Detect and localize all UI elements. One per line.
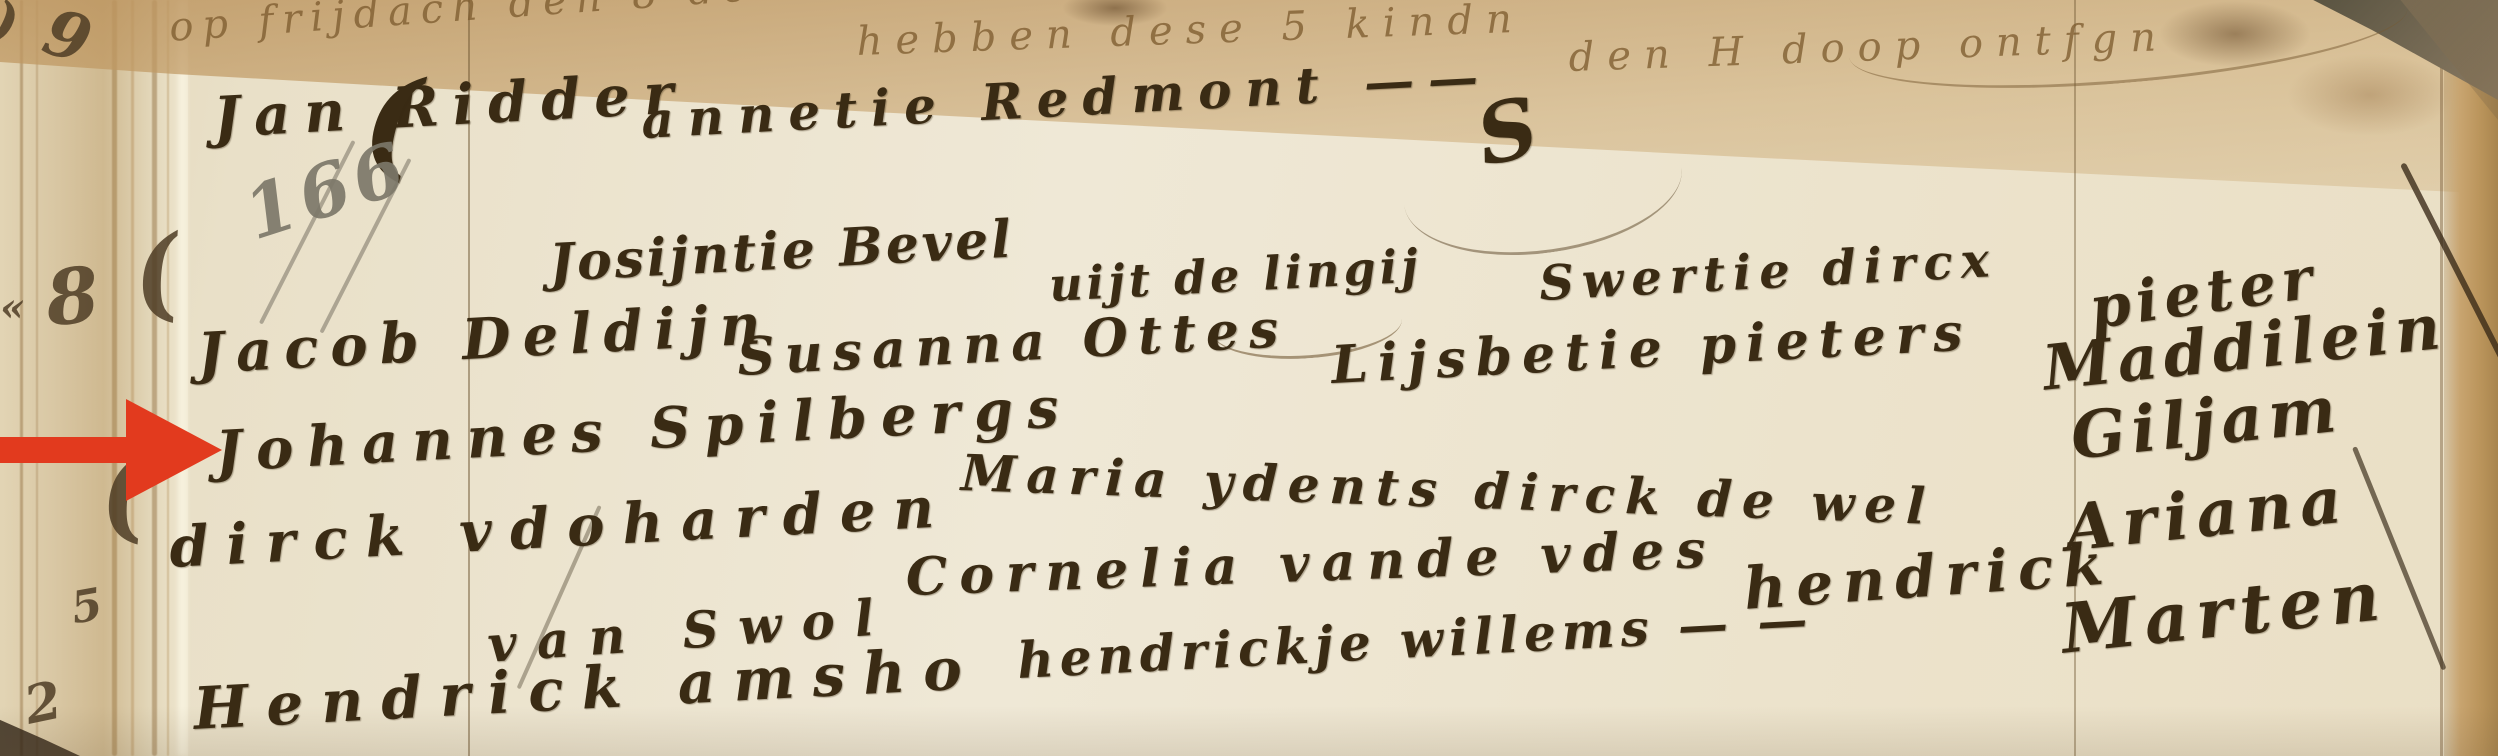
handwriting-run-marginalia: ( xyxy=(126,221,187,327)
handwriting-run-entry: annetie Redmont —— xyxy=(640,51,1493,146)
handwriting-run-header: op frijdach den 8 desemb xyxy=(168,0,900,48)
handwriting-run-entry: Susanna Ottes xyxy=(736,303,1289,384)
annotation-arrow-shaft xyxy=(0,437,130,463)
handwriting-run-marginalia: 2 xyxy=(20,674,66,732)
handwriting-run-entry: dirck vdoharden xyxy=(168,479,953,576)
handwriting-run-entry: Josijntie Bevel xyxy=(548,214,1015,290)
handwriting-run-entry: uijt de lingij xyxy=(1048,242,1423,307)
handwriting-run-entry: Hendrick amsho xyxy=(192,639,981,738)
handwriting-run-header: den H doop ontfgn xyxy=(1568,17,2170,78)
handwriting-run-entry: Jan Ridder xyxy=(212,65,689,146)
handwriting-run-marginalia: 8 xyxy=(42,256,103,337)
handwriting-run-entry: Lijsbetie pieters xyxy=(1330,306,1974,392)
handwriting-layer: op frijdach den 8 desembhebben dese 5 ki… xyxy=(0,0,2498,756)
handwriting-run-entry: Johannes Spilbergs xyxy=(214,379,1074,480)
handwriting-run-marginalia: 5 xyxy=(68,583,106,632)
handwriting-run-marginalia: ) xyxy=(0,0,25,51)
register-scan-page: op frijdach den 8 desembhebben dese 5 ki… xyxy=(0,0,2498,756)
handwriting-run-child-name: Ariana xyxy=(2062,468,2352,561)
handwriting-run-marginalia: 9 xyxy=(36,0,98,75)
handwriting-run-entry: S xyxy=(1470,86,1545,179)
handwriting-run-entry: Jacob Deldijn xyxy=(196,296,774,382)
handwriting-run-entry: Maria ydents dirck de wel xyxy=(960,448,1936,532)
handwriting-run-marginalia: « xyxy=(0,288,25,328)
handwriting-run-entry: Cornelia vande vdes xyxy=(905,524,1718,604)
handwriting-run-entry: Swertie dircx xyxy=(1538,236,1998,308)
annotation-arrow-head xyxy=(126,399,222,501)
handwriting-run-entry: hendrickje willems — — xyxy=(1016,594,1814,686)
